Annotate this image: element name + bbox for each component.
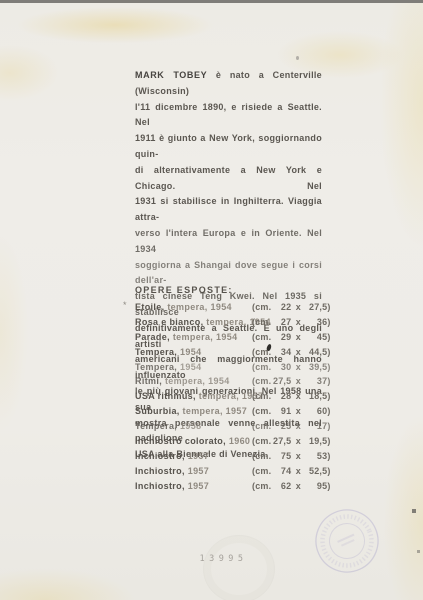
work-title: Etoile, tempera, 1954 — [135, 302, 232, 312]
dim-suffix: ) — [327, 481, 330, 491]
paper-speck — [417, 550, 420, 553]
dim-suffix: ) — [327, 466, 330, 476]
dim-separator: x — [291, 302, 305, 312]
dim-prefix: (cm. — [252, 302, 271, 312]
dim-height: 52,5 — [305, 466, 327, 476]
work-details: tempera, 1957 — [180, 406, 247, 416]
dim-suffix: ) — [327, 362, 330, 372]
dim-separator: x — [291, 347, 305, 357]
artist-name: MARK TOBEY — [135, 70, 207, 80]
work-row: Inchiostro colorato, 1960 (cm.27,5x19,5) — [135, 436, 335, 451]
work-title: Tempera, 1954 — [135, 347, 201, 357]
work-title: Suburbia, tempera, 1957 — [135, 406, 247, 416]
work-dimensions: (cm.75x53) — [252, 451, 331, 461]
dim-height: 44,5 — [305, 347, 327, 357]
work-dimensions: (cm.29x45) — [252, 332, 331, 342]
work-row: Tempera, 1958 (cm.25x17) — [135, 421, 335, 436]
work-dimensions: (cm.27x36) — [252, 317, 331, 327]
work-dimensions: (cm.28x18,5) — [252, 391, 331, 401]
work-name: USA rithmus, — [135, 391, 196, 401]
dim-width: 22 — [271, 302, 291, 312]
work-title: Parade, tempera, 1954 — [135, 332, 237, 342]
dim-separator: x — [291, 317, 305, 327]
dim-height: 18,5 — [305, 391, 327, 401]
dim-width: 25 — [271, 421, 291, 431]
work-row: Tempera, 1954 (cm.30x39,5) — [135, 362, 335, 377]
dim-width: 27,5 — [271, 436, 291, 446]
dim-separator: x — [291, 421, 305, 431]
dim-height: 60 — [305, 406, 327, 416]
dim-height: 36 — [305, 317, 327, 327]
dim-separator: x — [291, 362, 305, 372]
dim-width: 75 — [271, 451, 291, 461]
work-details: 1957 — [185, 466, 209, 476]
work-dimensions: (cm.34x44,5) — [252, 347, 331, 357]
dim-separator: x — [291, 406, 305, 416]
work-details: 1957 — [185, 481, 209, 491]
work-title: Inchiostro, 1957 — [135, 451, 209, 461]
dim-suffix: ) — [327, 391, 330, 401]
dim-height: 27,5 — [305, 302, 327, 312]
work-title: Tempera, 1954 — [135, 362, 201, 372]
work-name: Etoile, — [135, 302, 164, 312]
work-row: Inchiostro, 1957 (cm.75x53) — [135, 451, 335, 466]
dim-separator: x — [291, 391, 305, 401]
dim-width: 91 — [271, 406, 291, 416]
work-row: Inchiostro, 1957 (cm.62x95) — [135, 481, 335, 496]
bio-line: l'11 dicembre 1890, e risiede a Seattle.… — [135, 100, 322, 132]
work-details: tempera, 1954 — [162, 376, 229, 386]
work-name: Ritmi, — [135, 376, 162, 386]
dim-height: 37 — [305, 376, 327, 386]
paper-speck — [296, 56, 299, 60]
dim-height: 53 — [305, 451, 327, 461]
work-name: Tempera, — [135, 421, 177, 431]
paper-speck — [412, 509, 416, 513]
dim-height: 17 — [305, 421, 327, 431]
work-name: Suburbia, — [135, 406, 180, 416]
dim-prefix: (cm. — [252, 317, 271, 327]
dim-suffix: ) — [327, 332, 330, 342]
work-row: Inchiostro, 1957 (cm.74x52,5) — [135, 466, 335, 481]
bio-line: verso l'intera Europa e in Oriente. Nel … — [135, 226, 322, 258]
dim-prefix: (cm. — [252, 481, 271, 491]
work-details: 1954 — [177, 347, 201, 357]
circular-ink-stamp-icon — [299, 493, 394, 588]
work-name: Rosa e bianco, — [135, 317, 203, 327]
dim-separator: x — [291, 481, 305, 491]
dim-prefix: (cm. — [252, 436, 271, 446]
dim-suffix: ) — [327, 436, 330, 446]
work-title: Inchiostro colorato, 1960 — [135, 436, 250, 446]
dim-prefix: (cm. — [252, 362, 271, 372]
dim-suffix: ) — [327, 302, 330, 312]
work-title: Inchiostro, 1957 — [135, 481, 209, 491]
dim-height: 39,5 — [305, 362, 327, 372]
dim-width: 74 — [271, 466, 291, 476]
work-details: tempera, 1954 — [164, 302, 231, 312]
work-row: Suburbia, tempera, 1957 (cm.91x60) — [135, 406, 335, 421]
dim-width: 62 — [271, 481, 291, 491]
work-row: Ritmi, tempera, 1954 (cm.27,5x37) — [135, 376, 335, 391]
work-details: 1958 — [177, 421, 201, 431]
work-name: Tempera, — [135, 347, 177, 357]
dim-width: 27,5 — [271, 376, 291, 386]
dim-separator: x — [291, 451, 305, 461]
pencil-asterisk-mark: * — [123, 300, 127, 310]
works-list: * Etoile, tempera, 1954 (cm.22x27,5) Ros… — [135, 302, 335, 496]
work-row: Rosa e bianco, tempera, 1954 (cm.27x36) — [135, 317, 335, 332]
dim-separator: x — [291, 466, 305, 476]
work-details: 1954 — [177, 362, 201, 372]
dim-prefix: (cm. — [252, 421, 271, 431]
embossed-seal — [203, 535, 275, 600]
dim-prefix: (cm. — [252, 406, 271, 416]
work-dimensions: (cm.91x60) — [252, 406, 331, 416]
work-title: Inchiostro, 1957 — [135, 466, 209, 476]
work-details: tempera, 1954 — [170, 332, 237, 342]
work-title: Tempera, 1958 — [135, 421, 201, 431]
work-name: Inchiostro, — [135, 466, 185, 476]
dim-suffix: ) — [327, 347, 330, 357]
dim-prefix: (cm. — [252, 332, 271, 342]
work-details: 1957 — [185, 451, 209, 461]
dim-separator: x — [291, 332, 305, 342]
work-dimensions: (cm.27,5x37) — [252, 376, 331, 386]
dim-width: 28 — [271, 391, 291, 401]
work-name: Inchiostro colorato, — [135, 436, 226, 446]
dim-width: 34 — [271, 347, 291, 357]
dim-height: 19,5 — [305, 436, 327, 446]
dim-prefix: (cm. — [252, 391, 271, 401]
dim-height: 45 — [305, 332, 327, 342]
dim-suffix: ) — [327, 421, 330, 431]
bio-line: 1931 si stabilisce in Inghilterra. Viagg… — [135, 194, 322, 226]
dim-height: 95 — [305, 481, 327, 491]
work-name: Inchiostro, — [135, 451, 185, 461]
dim-separator: x — [291, 376, 305, 386]
work-dimensions: (cm.74x52,5) — [252, 466, 331, 476]
work-details: 1960 — [226, 436, 250, 446]
dim-width: 27 — [271, 317, 291, 327]
work-row: USA rithmus, tempera, 1957 (cm.28x18,5) — [135, 391, 335, 406]
work-row: Parade, tempera, 1954 (cm.29x45) — [135, 332, 335, 347]
dim-width: 30 — [271, 362, 291, 372]
work-name: Inchiostro, — [135, 481, 185, 491]
dim-prefix: (cm. — [252, 451, 271, 461]
bio-line: 1911 è giunto a New York, soggiornando q… — [135, 131, 322, 163]
bio-line: MARK TOBEY è nato a Centerville (Wiscons… — [135, 68, 322, 100]
dim-width: 29 — [271, 332, 291, 342]
bio-line: di alternativamente a New York e Chicago… — [135, 163, 322, 195]
work-title: USA rithmus, tempera, 1957 — [135, 391, 263, 401]
paper-sheet: MARK TOBEY è nato a Centerville (Wiscons… — [0, 3, 423, 600]
work-dimensions: (cm.25x17) — [252, 421, 331, 431]
dim-suffix: ) — [327, 376, 330, 386]
work-title: Ritmi, tempera, 1954 — [135, 376, 230, 386]
work-row: * Etoile, tempera, 1954 (cm.22x27,5) — [135, 302, 335, 317]
work-dimensions: (cm.62x95) — [252, 481, 331, 491]
work-dimensions: (cm.22x27,5) — [252, 302, 331, 312]
work-name: Tempera, — [135, 362, 177, 372]
work-dimensions: (cm.27,5x19,5) — [252, 436, 331, 446]
work-name: Parade, — [135, 332, 170, 342]
works-section-title: OPERE ESPOSTE: — [135, 285, 233, 295]
work-dimensions: (cm.30x39,5) — [252, 362, 331, 372]
dim-suffix: ) — [327, 406, 330, 416]
work-row: Tempera, 1954 (cm.34x44,5) — [135, 347, 335, 362]
dim-prefix: (cm. — [252, 466, 271, 476]
dim-separator: x — [291, 436, 305, 446]
dim-suffix: ) — [327, 451, 330, 461]
photographed-catalog-page: MARK TOBEY è nato a Centerville (Wiscons… — [0, 0, 423, 600]
work-title: Rosa e bianco, tempera, 1954 — [135, 317, 271, 327]
dim-prefix: (cm. — [252, 376, 271, 386]
dim-suffix: ) — [327, 317, 330, 327]
inventory-number: 13995 — [0, 554, 423, 564]
